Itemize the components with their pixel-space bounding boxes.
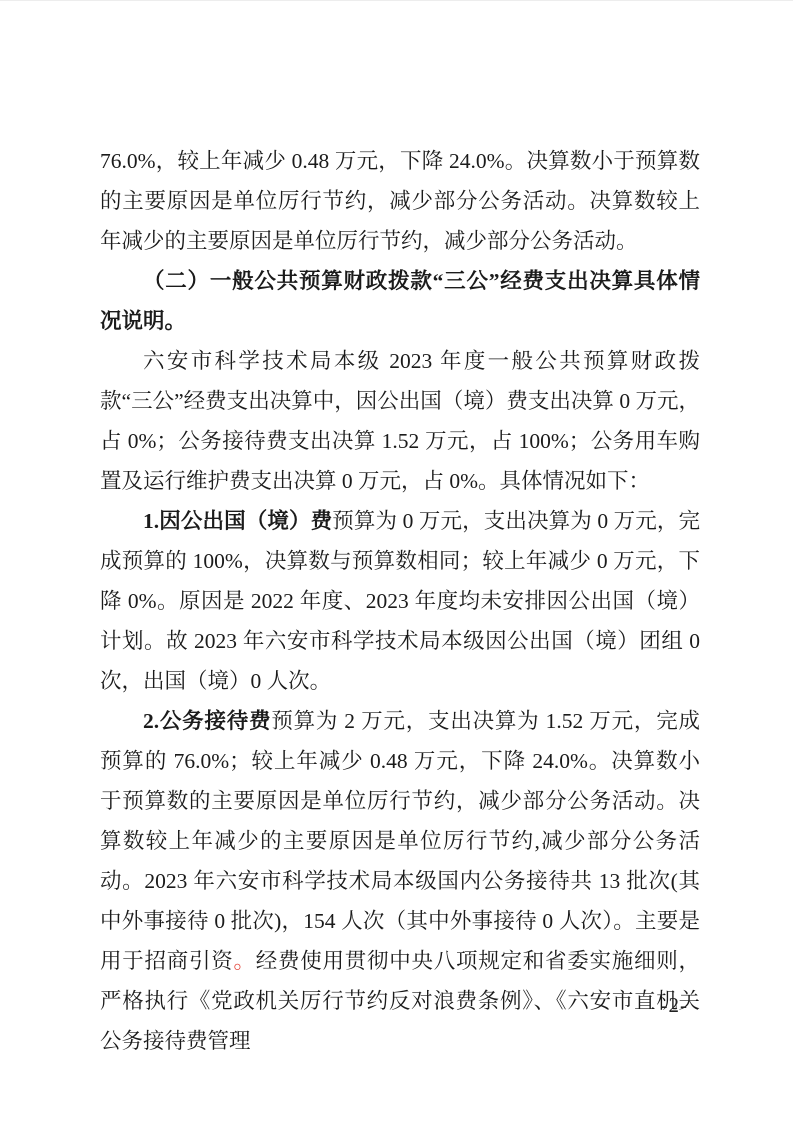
paragraph-text: 预算为 0 万元，支出决算为 0 万元，完成预算的 100%，决算数与预算数相同… (100, 509, 700, 693)
item2-label: 2.公务接待费 (143, 709, 271, 733)
paragraph-text: 76.0%，较上年减少 0.48 万元，下降 24.0%。决算数小于预算数的主要… (100, 149, 700, 253)
paragraph-text: 六安市科学技术局本级 2023 年度一般公共预算财政拨款“三公”经费支出决算中，… (100, 349, 700, 493)
red-full-stop: 。 (234, 949, 256, 973)
section-heading: （二）一般公共预算财政拨款“三公”经费支出决算具体情况说明。 (100, 261, 700, 341)
paragraph-carryover: 76.0%，较上年减少 0.48 万元，下降 24.0%。决算数小于预算数的主要… (100, 141, 700, 261)
document-body: 76.0%，较上年减少 0.48 万元，下降 24.0%。决算数小于预算数的主要… (100, 141, 700, 1061)
section-heading-text: （二）一般公共预算财政拨款“三公”经费支出决算具体情况说明。 (100, 269, 700, 333)
page-number: -2- (661, 993, 689, 1017)
paragraph-item2: 2.公务接待费预算为 2 万元，支出决算为 1.52 万元，完成预算的 76.0… (100, 701, 700, 1061)
paragraph-overview: 六安市科学技术局本级 2023 年度一般公共预算财政拨款“三公”经费支出决算中，… (100, 341, 700, 501)
paragraph-item1: 1.因公出国（境）费预算为 0 万元，支出决算为 0 万元，完成预算的 100%… (100, 501, 700, 701)
item1-label: 1.因公出国（境）费 (143, 509, 332, 533)
document-page: 76.0%，较上年减少 0.48 万元，下降 24.0%。决算数小于预算数的主要… (0, 0, 793, 1122)
paragraph-text: 预算为 2 万元，支出决算为 1.52 万元，完成预算的 76.0%；较上年减少… (100, 709, 700, 973)
